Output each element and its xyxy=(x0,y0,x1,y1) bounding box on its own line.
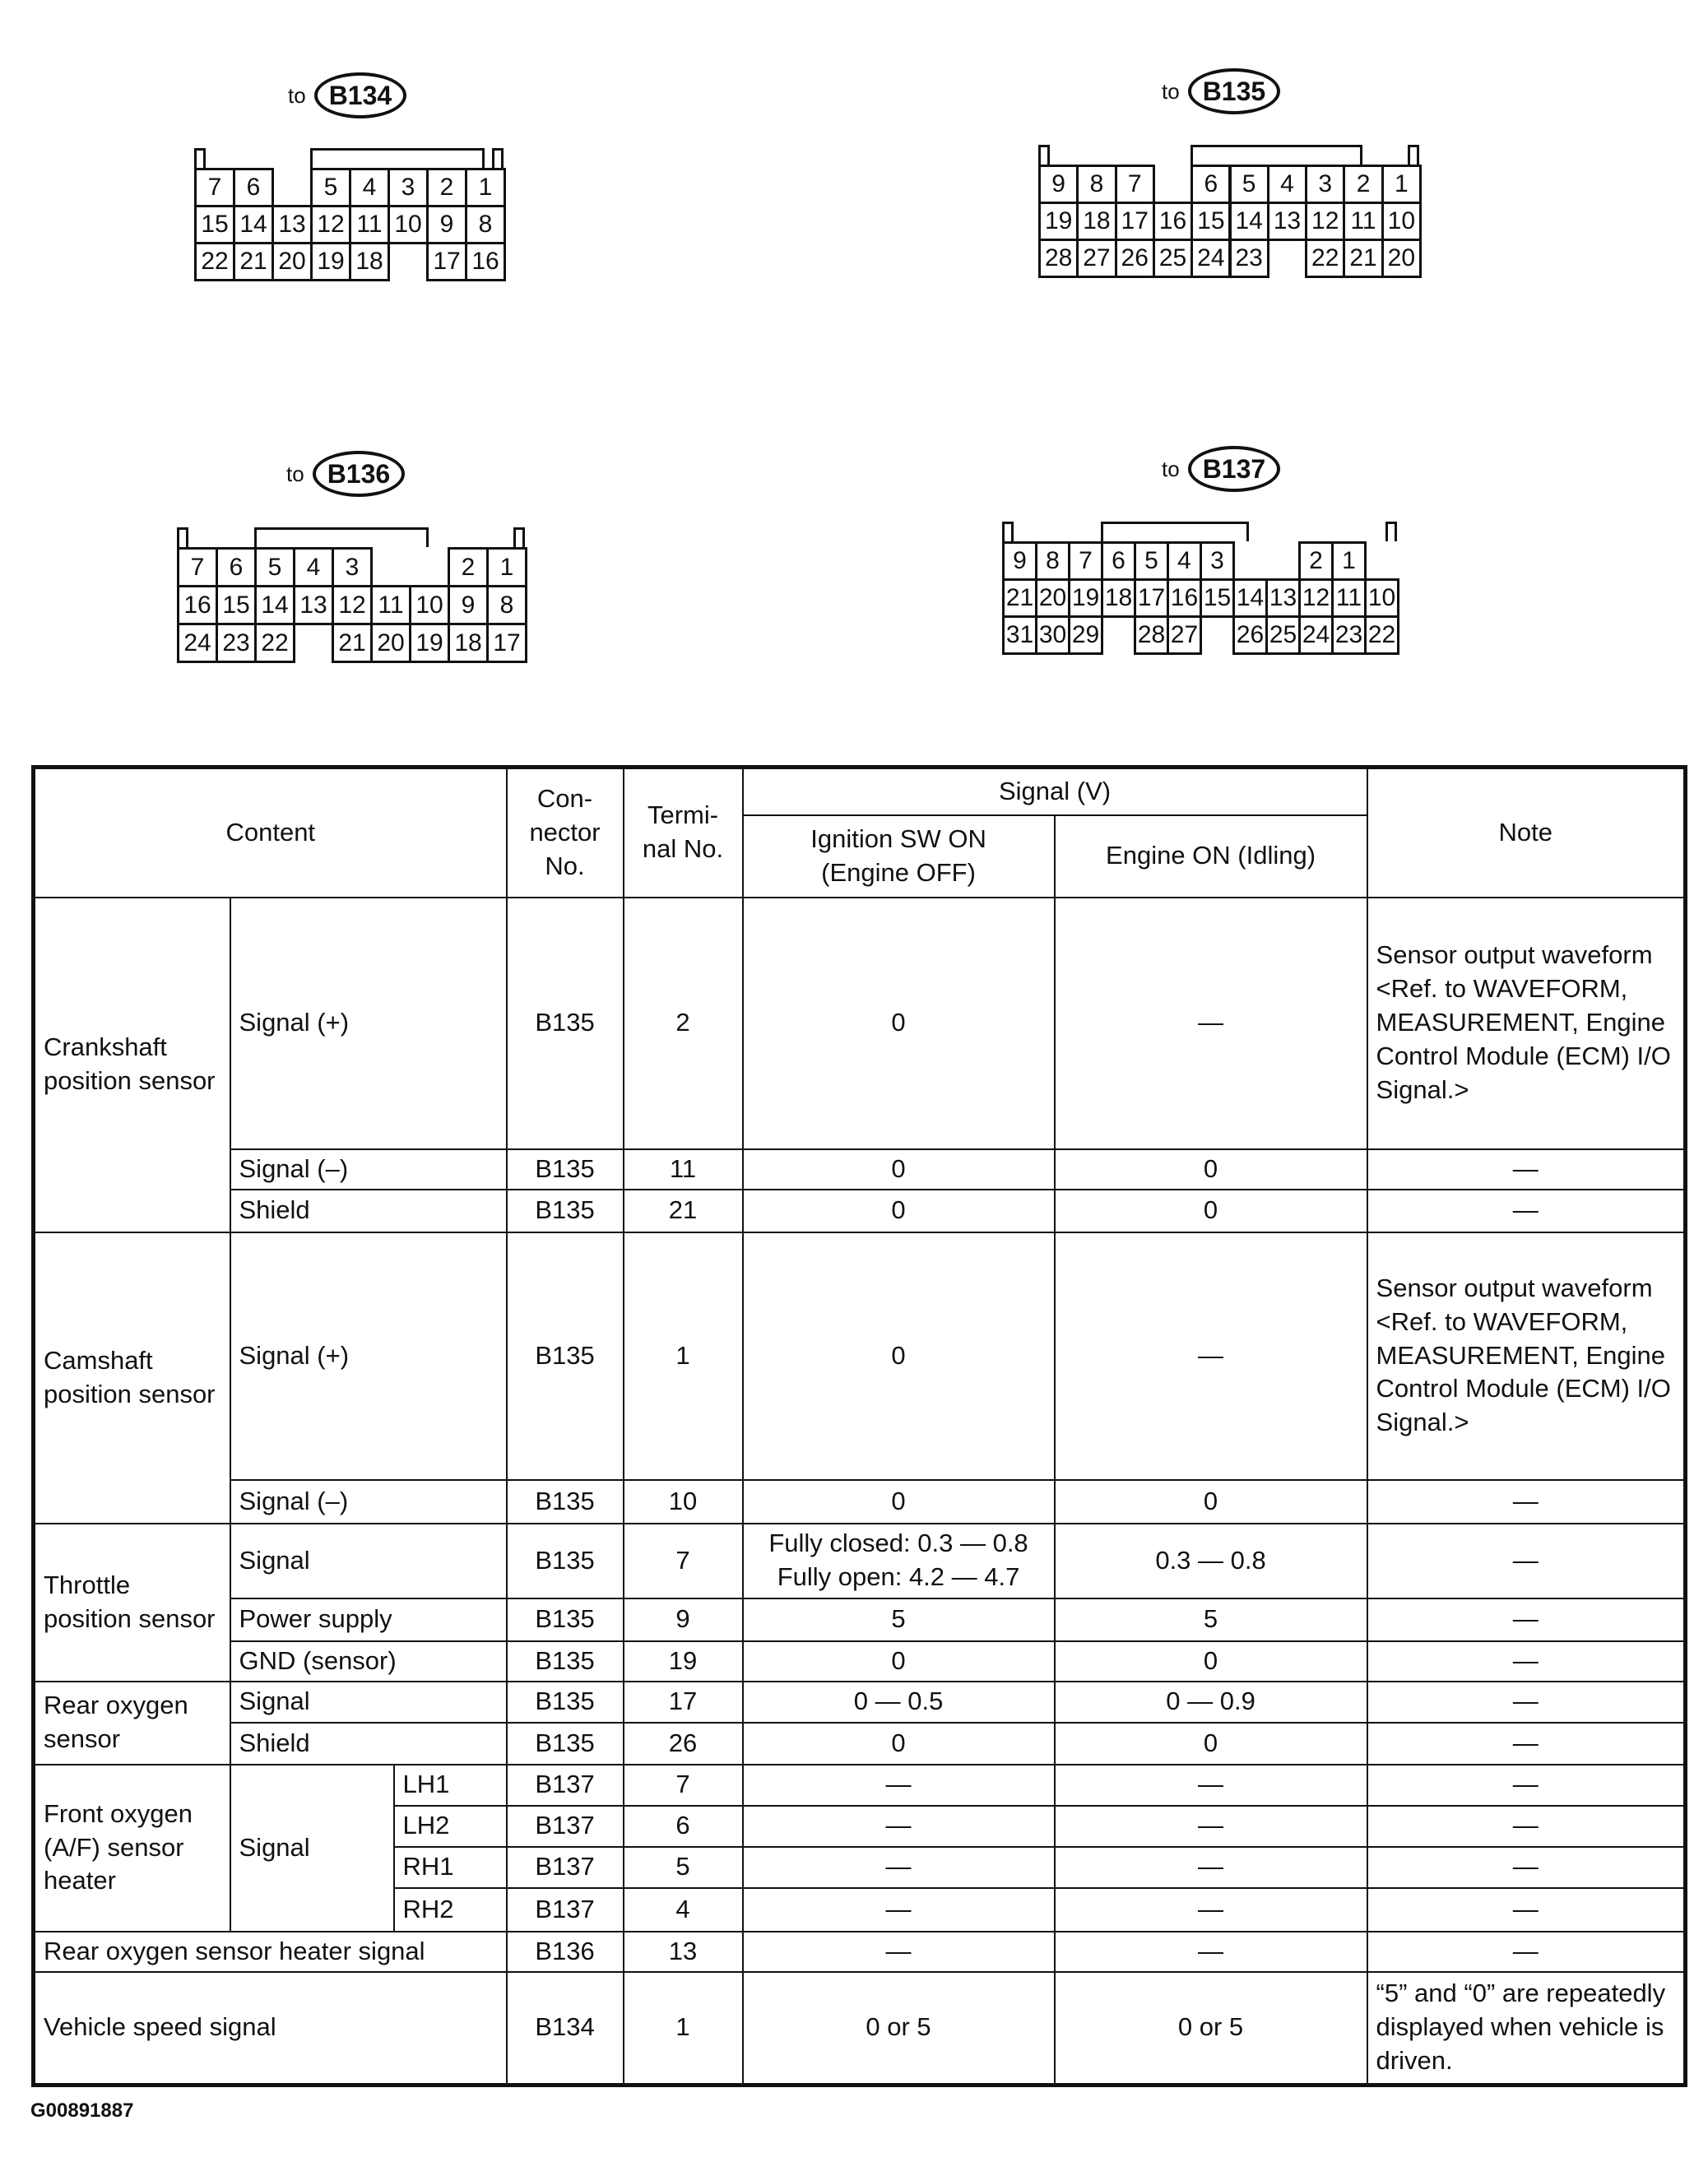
connector-pin: 7 xyxy=(1068,541,1103,581)
row-ignition-value: 0 xyxy=(743,1190,1055,1232)
connector-key xyxy=(1101,522,1249,541)
row-ignition-value: — xyxy=(743,1765,1055,1806)
table-row: Front oxygen (A/F) sensor heaterSignalLH… xyxy=(34,1765,1686,1806)
connector-pin: 15 xyxy=(194,205,235,244)
connector-label: toB136 xyxy=(286,451,405,497)
connector-pin: 20 xyxy=(272,242,313,281)
connector-pin: 21 xyxy=(332,623,373,663)
row-terminal: 7 xyxy=(624,1524,743,1598)
connector-pin: 27 xyxy=(1167,615,1202,655)
row-engine-value: — xyxy=(1055,1765,1367,1806)
row-engine-value: 0 xyxy=(1055,1723,1367,1765)
row-terminal: 13 xyxy=(624,1932,743,1972)
connector-pin: 3 xyxy=(388,168,429,207)
connector-pin: 17 xyxy=(486,623,527,663)
connector-pin: 8 xyxy=(1035,541,1070,581)
connector-pin: 27 xyxy=(1076,239,1116,278)
row-connector: B137 xyxy=(507,1765,624,1806)
row-engine-value: — xyxy=(1055,1888,1367,1932)
connector-pin: 6 xyxy=(216,547,257,587)
connector-label: toB135 xyxy=(1162,68,1280,114)
connector-pin: 30 xyxy=(1035,615,1070,655)
row-terminal: 9 xyxy=(624,1598,743,1641)
row-item: GND (sensor) xyxy=(230,1641,507,1682)
row-connector: B135 xyxy=(507,1598,624,1641)
row-note: — xyxy=(1367,1682,1686,1723)
table-row: Camshaft position sensorSignal (+)B13510… xyxy=(34,1232,1686,1480)
row-ignition-value: 0 xyxy=(743,1480,1055,1524)
connector-pin: 18 xyxy=(349,242,390,281)
row-item: Signal (+) xyxy=(230,1232,507,1480)
connector-pin: 19 xyxy=(1068,578,1103,618)
row-item: Signal xyxy=(230,1765,394,1932)
row-engine-value: 5 xyxy=(1055,1598,1367,1641)
connector-pin: 7 xyxy=(1115,165,1155,204)
connector-pin: 16 xyxy=(1167,578,1202,618)
connector-pin: 8 xyxy=(486,585,527,625)
table-row: ShieldB1352100— xyxy=(34,1190,1686,1232)
row-item: Shield xyxy=(230,1190,507,1232)
row-note: Sensor output waveform <Ref. to WAVEFORM… xyxy=(1367,898,1686,1149)
row-ignition-value: — xyxy=(743,1888,1055,1932)
connector-pin: 16 xyxy=(177,585,218,625)
connector-key xyxy=(1190,145,1362,165)
table-row: Signal (–)B1351100— xyxy=(34,1149,1686,1190)
connector-pin: 11 xyxy=(349,205,390,244)
header-terminal: Termi-nal No. xyxy=(624,768,743,898)
header-engine-on-idling: Engine ON (Idling) xyxy=(1055,815,1367,898)
row-engine-value: 0.3 — 0.8 xyxy=(1055,1524,1367,1598)
row-subitem: RH1 xyxy=(394,1847,507,1888)
connector-prefix: to xyxy=(1162,457,1180,482)
row-note: — xyxy=(1367,1847,1686,1888)
table-row: Rear oxygen sensor heater signalB13613——… xyxy=(34,1932,1686,1972)
row-ignition-value: — xyxy=(743,1847,1055,1888)
connector-latch-left xyxy=(1038,145,1050,165)
row-terminal: 1 xyxy=(624,1972,743,2086)
row-connector: B135 xyxy=(507,898,624,1149)
connector-pin: 22 xyxy=(194,242,235,281)
header-note: Note xyxy=(1367,768,1686,898)
connector-pin: 22 xyxy=(254,623,295,663)
row-terminal: 6 xyxy=(624,1806,743,1847)
connector-pin: 5 xyxy=(254,547,295,587)
row-terminal: 1 xyxy=(624,1232,743,1480)
group-name: Camshaft position sensor xyxy=(34,1232,230,1524)
connector-pin: 17 xyxy=(1134,578,1169,618)
row-connector: B137 xyxy=(507,1888,624,1932)
row-connector: B135 xyxy=(507,1190,624,1232)
connector-latch-left xyxy=(1002,522,1014,541)
connector-pin: 14 xyxy=(1229,202,1269,241)
connector-pin: 19 xyxy=(1038,202,1079,241)
connector-pin: 22 xyxy=(1305,239,1345,278)
connector-prefix: to xyxy=(286,462,304,487)
row-item: Signal (–) xyxy=(230,1149,507,1190)
connector-pin: 10 xyxy=(388,205,429,244)
connector-pin: 17 xyxy=(1115,202,1155,241)
row-ignition-value: — xyxy=(743,1806,1055,1847)
connector-latch-right xyxy=(1408,145,1419,165)
row-item: Shield xyxy=(230,1723,507,1765)
table-row: GND (sensor)B1351900— xyxy=(34,1641,1686,1682)
row-terminal: 7 xyxy=(624,1765,743,1806)
row-ignition-value: Fully closed: 0.3 — 0.8Fully open: 4.2 —… xyxy=(743,1524,1055,1598)
connector-pin: 24 xyxy=(177,623,218,663)
connector-pin: 24 xyxy=(1190,239,1231,278)
connector-pin: 28 xyxy=(1134,615,1169,655)
connector-id-badge: B136 xyxy=(313,451,406,497)
connector-pin: 12 xyxy=(1298,578,1334,618)
connector-pin: 5 xyxy=(1229,165,1269,204)
connector-pin: 3 xyxy=(1305,165,1345,204)
row-connector: B135 xyxy=(507,1480,624,1524)
header-content: Content xyxy=(34,768,507,898)
connector-id-badge: B134 xyxy=(314,72,407,118)
row-engine-value: 0 xyxy=(1055,1190,1367,1232)
row-ignition-value: 0 xyxy=(743,1149,1055,1190)
connector-pin: 4 xyxy=(1267,165,1307,204)
row-terminal: 17 xyxy=(624,1682,743,1723)
group-name: Rear oxygen sensor xyxy=(34,1682,230,1765)
connector-pin: 29 xyxy=(1068,615,1103,655)
connector-pin: 22 xyxy=(1364,615,1399,655)
connector-pin: 3 xyxy=(332,547,373,587)
row-ignition-value: 0 or 5 xyxy=(743,1972,1055,2086)
row-engine-value: — xyxy=(1055,1932,1367,1972)
connector-pin: 9 xyxy=(1002,541,1037,581)
connector-label: toB134 xyxy=(288,72,406,118)
row-item: Signal (–) xyxy=(230,1480,507,1524)
connector-pin: 13 xyxy=(1265,578,1301,618)
row-engine-value: 0 xyxy=(1055,1480,1367,1524)
connector-pin: 2 xyxy=(426,168,467,207)
connector-pin: 24 xyxy=(1298,615,1334,655)
connector-pin: 31 xyxy=(1002,615,1037,655)
header-ignition-sw-on: Ignition SW ON(Engine OFF) xyxy=(743,815,1055,898)
row-connector: B136 xyxy=(507,1932,624,1972)
connector-pin: 1 xyxy=(1331,541,1367,581)
connector-id-badge: B137 xyxy=(1188,446,1281,492)
connector-pin: 9 xyxy=(1038,165,1079,204)
connector-pin: 2 xyxy=(448,547,489,587)
connector-pin: 20 xyxy=(1381,239,1422,278)
row-connector: B137 xyxy=(507,1806,624,1847)
connector-pin: 25 xyxy=(1265,615,1301,655)
row-connector: B135 xyxy=(507,1723,624,1765)
connector-key xyxy=(310,148,485,168)
connector-prefix: to xyxy=(1162,79,1180,104)
row-subitem: LH1 xyxy=(394,1765,507,1806)
connector-id-badge: B135 xyxy=(1188,68,1281,114)
row-engine-value: 0 xyxy=(1055,1149,1367,1190)
group-name: Crankshaft position sensor xyxy=(34,898,230,1232)
row-note: — xyxy=(1367,1765,1686,1806)
row-note: — xyxy=(1367,1190,1686,1232)
connector-pin: 12 xyxy=(310,205,351,244)
row-terminal: 26 xyxy=(624,1723,743,1765)
connector-latch-right xyxy=(1385,522,1397,541)
row-item: Signal (+) xyxy=(230,898,507,1149)
row-terminal: 2 xyxy=(624,898,743,1149)
ecm-io-signal-table: Content Con-nectorNo. Termi-nal No. Sign… xyxy=(31,765,1687,2087)
row-engine-value: — xyxy=(1055,1847,1367,1888)
row-ignition-value: — xyxy=(743,1932,1055,1972)
connector-pin: 23 xyxy=(216,623,257,663)
row-terminal: 19 xyxy=(624,1641,743,1682)
connector-pin: 6 xyxy=(233,168,274,207)
table-row: ShieldB1352600— xyxy=(34,1723,1686,1765)
connector-pin: 19 xyxy=(310,242,351,281)
row-terminal: 10 xyxy=(624,1480,743,1524)
connector-pin: 11 xyxy=(1331,578,1367,618)
connector-pin: 19 xyxy=(409,623,450,663)
connector-pin: 15 xyxy=(1190,202,1231,241)
row-ignition-value: 0 xyxy=(743,1641,1055,1682)
connector-key xyxy=(254,527,429,547)
row-note: — xyxy=(1367,1806,1686,1847)
row-note: — xyxy=(1367,1598,1686,1641)
connector-pin: 8 xyxy=(1076,165,1116,204)
table-row: Power supplyB135955— xyxy=(34,1598,1686,1641)
table-body: Crankshaft position sensorSignal (+)B135… xyxy=(34,898,1686,2086)
connector-latch-left xyxy=(177,527,188,547)
row-note: — xyxy=(1367,1149,1686,1190)
connector-pin: 5 xyxy=(1134,541,1169,581)
connector-pin: 20 xyxy=(370,623,411,663)
connector-pin: 16 xyxy=(1153,202,1193,241)
row-ignition-value: 0 xyxy=(743,1723,1055,1765)
connector-pin: 14 xyxy=(233,205,274,244)
connector-pin: 4 xyxy=(349,168,390,207)
row-subitem: LH2 xyxy=(394,1806,507,1847)
connector-pin: 1 xyxy=(1381,165,1422,204)
connector-prefix: to xyxy=(288,83,306,109)
row-terminal: 11 xyxy=(624,1149,743,1190)
row-ignition-value: 5 xyxy=(743,1598,1055,1641)
connector-pin: 26 xyxy=(1232,615,1268,655)
connector-pin: 11 xyxy=(370,585,411,625)
row-connector: B135 xyxy=(507,1524,624,1598)
connector-pin: 16 xyxy=(465,242,506,281)
row-note: — xyxy=(1367,1932,1686,1972)
row-note: — xyxy=(1367,1524,1686,1598)
row-engine-value: — xyxy=(1055,1232,1367,1480)
row-item: Signal xyxy=(230,1682,507,1723)
connector-pin: 10 xyxy=(1381,202,1422,241)
connector-pin: 11 xyxy=(1343,202,1383,241)
table-row: Vehicle speed signalB13410 or 50 or 5“5”… xyxy=(34,1972,1686,2086)
connector-pin: 20 xyxy=(1035,578,1070,618)
group-name: Throttle position sensor xyxy=(34,1524,230,1682)
row-item: Vehicle speed signal xyxy=(34,1972,507,2086)
row-item: Power supply xyxy=(230,1598,507,1641)
connector-pin: 1 xyxy=(465,168,506,207)
connector-pin: 26 xyxy=(1115,239,1155,278)
connector-pin: 4 xyxy=(1167,541,1202,581)
row-note: Sensor output waveform <Ref. to WAVEFORM… xyxy=(1367,1232,1686,1480)
row-note: “5” and “0” are repeatedly displayed whe… xyxy=(1367,1972,1686,2086)
row-connector: B134 xyxy=(507,1972,624,2086)
connector-label: toB137 xyxy=(1162,446,1280,492)
connector-pin: 5 xyxy=(310,168,351,207)
ecm-io-signal-table-wrap: Content Con-nectorNo. Termi-nal No. Sign… xyxy=(31,765,1687,2087)
connector-pin: 6 xyxy=(1190,165,1231,204)
connector-pin: 23 xyxy=(1229,239,1269,278)
row-subitem: RH2 xyxy=(394,1888,507,1932)
connector-pin: 13 xyxy=(1267,202,1307,241)
table-row: Crankshaft position sensorSignal (+)B135… xyxy=(34,898,1686,1149)
connector-pin: 4 xyxy=(293,547,334,587)
connector-pin: 14 xyxy=(1232,578,1268,618)
connector-pin: 10 xyxy=(409,585,450,625)
connector-pin: 10 xyxy=(1364,578,1399,618)
connector-pin: 8 xyxy=(465,205,506,244)
connector-latch-left xyxy=(194,148,206,168)
connector-pin: 2 xyxy=(1343,165,1383,204)
connector-pin: 2 xyxy=(1298,541,1334,581)
row-engine-value: 0 or 5 xyxy=(1055,1972,1367,2086)
connector-pin: 15 xyxy=(1200,578,1235,618)
table-row: Signal (–)B1351000— xyxy=(34,1480,1686,1524)
header-signal-v: Signal (V) xyxy=(743,768,1367,815)
table-row: Throttle position sensorSignalB1357Fully… xyxy=(34,1524,1686,1598)
row-note: — xyxy=(1367,1723,1686,1765)
row-terminal: 4 xyxy=(624,1888,743,1932)
connector-pin: 14 xyxy=(254,585,295,625)
row-engine-value: — xyxy=(1055,1806,1367,1847)
connector-pin: 18 xyxy=(448,623,489,663)
connector-latch-right xyxy=(492,148,504,168)
row-item: Signal xyxy=(230,1524,507,1598)
row-connector: B135 xyxy=(507,1682,624,1723)
row-ignition-value: 0 — 0.5 xyxy=(743,1682,1055,1723)
connector-pin: 12 xyxy=(332,585,373,625)
connector-pin: 23 xyxy=(1331,615,1367,655)
row-ignition-value: 0 xyxy=(743,1232,1055,1480)
header-connector: Con-nectorNo. xyxy=(507,768,624,898)
connector-pin: 7 xyxy=(177,547,218,587)
connector-latch-right xyxy=(513,527,525,547)
row-engine-value: — xyxy=(1055,898,1367,1149)
connector-pin: 13 xyxy=(272,205,313,244)
connector-pin: 21 xyxy=(1002,578,1037,618)
connector-pin: 9 xyxy=(448,585,489,625)
row-note: — xyxy=(1367,1888,1686,1932)
connector-pin: 21 xyxy=(233,242,274,281)
connector-pin: 7 xyxy=(194,168,235,207)
row-connector: B137 xyxy=(507,1847,624,1888)
connector-pin: 25 xyxy=(1153,239,1193,278)
connector-pin: 18 xyxy=(1076,202,1116,241)
connector-pin: 28 xyxy=(1038,239,1079,278)
row-terminal: 5 xyxy=(624,1847,743,1888)
connector-pin: 18 xyxy=(1101,578,1136,618)
row-note: — xyxy=(1367,1641,1686,1682)
connector-pin: 1 xyxy=(486,547,527,587)
connector-pin: 12 xyxy=(1305,202,1345,241)
connector-pin: 21 xyxy=(1343,239,1383,278)
row-ignition-value: 0 xyxy=(743,898,1055,1149)
row-engine-value: 0 — 0.9 xyxy=(1055,1682,1367,1723)
group-name: Front oxygen (A/F) sensor heater xyxy=(34,1765,230,1932)
connector-pin: 3 xyxy=(1200,541,1235,581)
row-connector: B135 xyxy=(507,1232,624,1480)
row-item: Rear oxygen sensor heater signal xyxy=(34,1932,507,1972)
figure-id: G00891887 xyxy=(30,2099,133,2123)
row-note: — xyxy=(1367,1480,1686,1524)
connector-pin: 15 xyxy=(216,585,257,625)
row-connector: B135 xyxy=(507,1641,624,1682)
row-connector: B135 xyxy=(507,1149,624,1190)
row-engine-value: 0 xyxy=(1055,1641,1367,1682)
connector-pin: 13 xyxy=(293,585,334,625)
connector-pin: 17 xyxy=(426,242,467,281)
connector-pin: 9 xyxy=(426,205,467,244)
row-terminal: 21 xyxy=(624,1190,743,1232)
connector-pin: 6 xyxy=(1101,541,1136,581)
table-row: Rear oxygen sensorSignalB135170 — 0.50 —… xyxy=(34,1682,1686,1723)
